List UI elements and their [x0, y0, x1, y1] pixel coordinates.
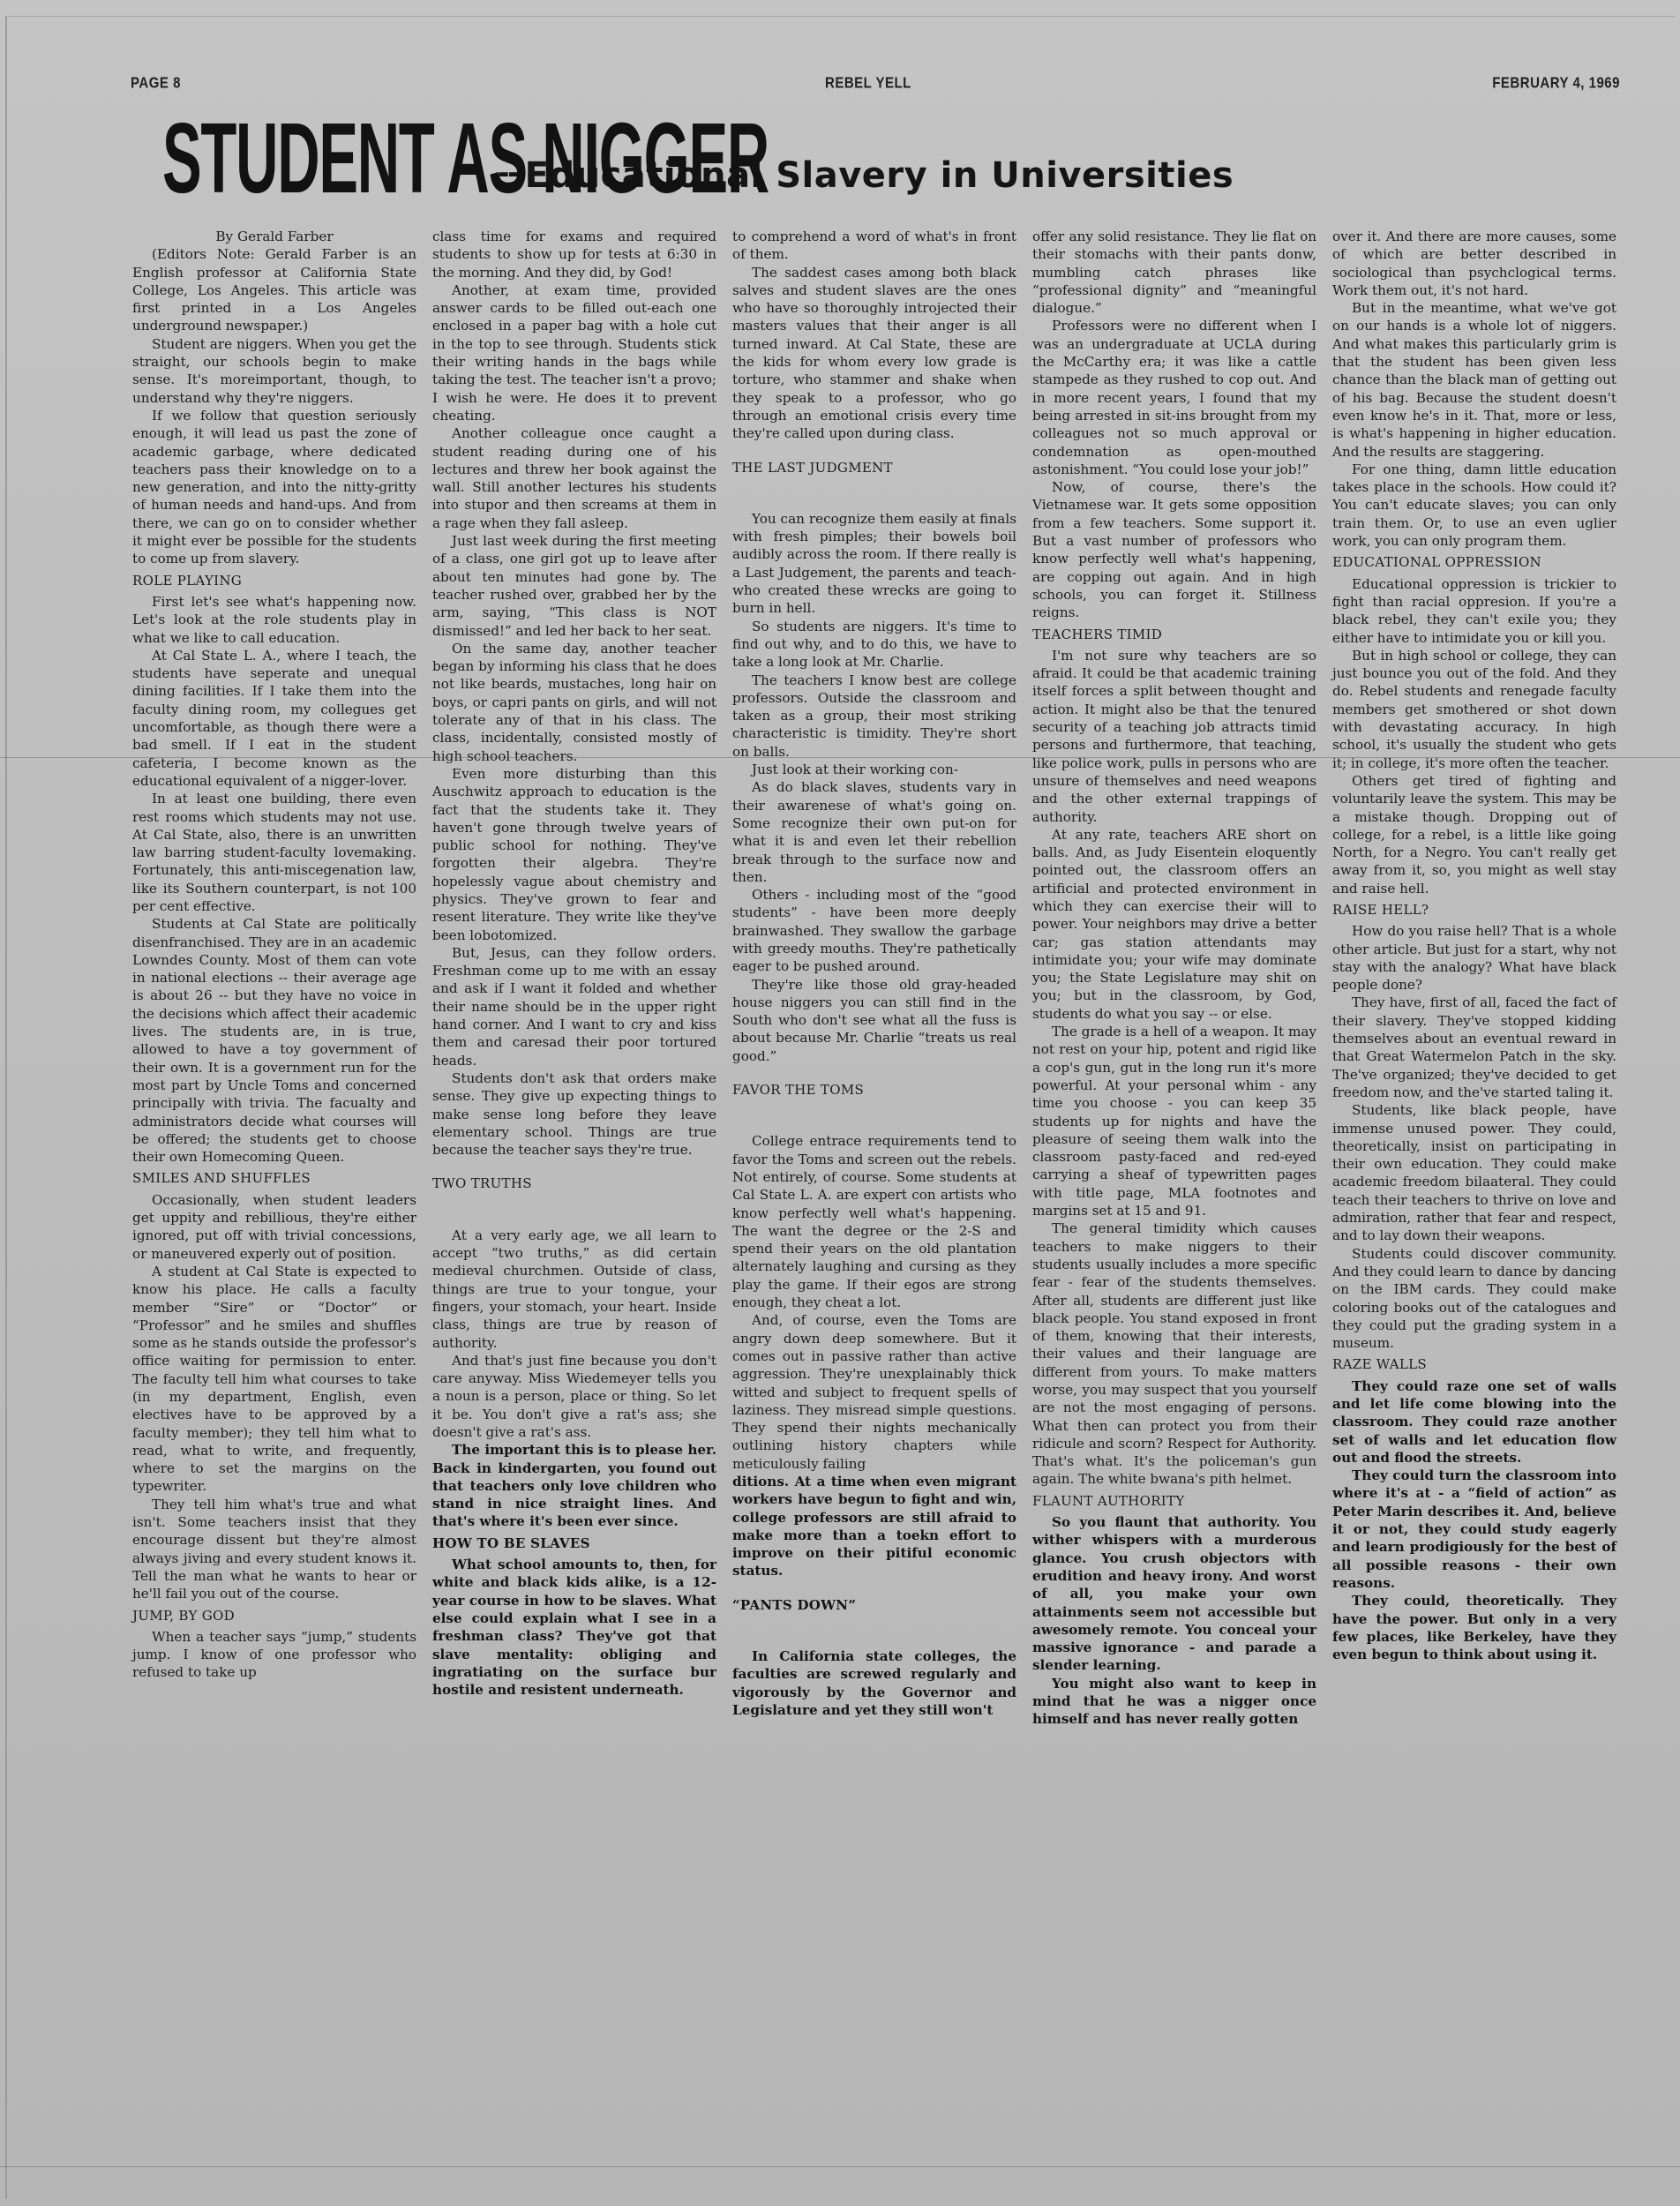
paragraph: But in the meantime, what we've got on o…: [1332, 299, 1616, 461]
section-subhead: SMILES AND SHUFFLES: [132, 1169, 416, 1187]
section-subhead: FAVOR THE TOMS: [732, 1081, 1016, 1099]
paragraph: But, Jesus, can they follow orders. Fres…: [432, 944, 716, 1069]
paragraph: They could turn the classroom into where…: [1332, 1467, 1616, 1592]
article-column-2: class time for exams and required studen…: [432, 228, 716, 1729]
headline: STUDENT AS NIGGER -- Educational Slavery…: [162, 113, 1234, 208]
section-subhead: RAISE HELL?: [1332, 901, 1616, 919]
paragraph: On the same day, another teacher began b…: [432, 640, 716, 765]
paragraph: As do black slaves, students vary in the…: [732, 778, 1016, 886]
paragraph: The important this is to please her. Bac…: [432, 1441, 716, 1530]
article-column-1: By Gerald Farber(Editors Note: Gerald Fa…: [132, 228, 416, 1729]
paragraph: First let's see what's happening now. Le…: [132, 593, 416, 647]
paragraph: The saddest cases among both black salve…: [732, 264, 1016, 443]
paragraph: At any rate, teachers ARE short on balls…: [1032, 826, 1316, 1023]
paragraph: Students at Cal State are politically di…: [132, 915, 416, 1166]
issue-date: FEBRUARY 4, 1969: [1492, 75, 1620, 93]
paragraph-continued: ditions. At a time when even migrant wor…: [732, 1473, 1016, 1580]
headline-main: STUDENT AS NIGGER: [162, 109, 535, 208]
section-subhead: FLAUNT AUTHORITY: [1032, 1492, 1316, 1510]
newspaper-page: PAGE 8 REBEL YELL FEBRUARY 4, 1969 STUDE…: [0, 0, 1680, 2206]
paragraph-continued: class time for exams and required studen…: [432, 228, 716, 281]
paragraph: If we follow that question seriously eno…: [132, 407, 416, 568]
section-subhead: TWO TRUTHS: [432, 1174, 716, 1192]
paragraph: Educational oppression is trickier to fi…: [1332, 575, 1616, 647]
paragraph: At Cal State L. A., where I teach, the s…: [132, 647, 416, 790]
paragraph: In at least one building, there even res…: [132, 790, 416, 915]
section-subhead: THE LAST JUDGMENT: [732, 459, 1016, 476]
section-subhead: JUMP, BY GOD: [132, 1607, 416, 1624]
paragraph: Students, like black people, have immens…: [1332, 1101, 1616, 1244]
paragraph: You might also want to keep in mind that…: [1032, 1675, 1316, 1729]
page-number: PAGE 8: [131, 75, 181, 93]
section-subhead: ROLE PLAYING: [132, 572, 416, 589]
paragraph: Others get tired of fighting and volunta…: [1332, 772, 1616, 897]
section-subhead: TEACHERS TIMID: [1032, 626, 1316, 643]
scan-artifact-line: [0, 757, 1680, 758]
byline: By Gerald Farber: [132, 228, 416, 245]
paragraph: Occasionally, when student leaders get u…: [132, 1191, 416, 1263]
paragraph: Professors were no different when I was …: [1032, 317, 1316, 478]
paragraph: For one thing, damn little education tak…: [1332, 461, 1616, 550]
paragraph: Others - including most of the “good stu…: [732, 886, 1016, 975]
paragraph: How do you raise hell? That is a whole o…: [1332, 922, 1616, 994]
paragraph: And that's just fine because you don't c…: [432, 1352, 716, 1441]
paragraph: The teachers I know best are college pro…: [732, 672, 1016, 761]
article-column-5: over it. And there are more causes, some…: [1332, 228, 1616, 1729]
paragraph: When a teacher says “jump,” students jum…: [132, 1628, 416, 1682]
paragraph: They have, first of all, faced the fact …: [1332, 994, 1616, 1101]
paragraph: But in high school or college, they can …: [1332, 647, 1616, 772]
section-subhead: HOW TO BE SLAVES: [432, 1534, 716, 1552]
paragraph: They could, theoretically. They have the…: [1332, 1592, 1616, 1663]
paragraph-continued: to comprehend a word of what's in front …: [732, 228, 1016, 264]
paragraph-continued: over it. And there are more causes, some…: [1332, 228, 1616, 299]
paragraph: College entrace requirements tend to fav…: [732, 1132, 1016, 1311]
paragraph: Students don't ask that orders make sens…: [432, 1069, 716, 1159]
paragraph: So you flaunt that authority. You wither…: [1032, 1513, 1316, 1675]
section-subhead: EDUCATIONAL OPPRESSION: [1332, 553, 1616, 571]
paragraph: They tell him what's true and what isn't…: [132, 1496, 416, 1603]
paper-name: REBEL YELL: [825, 75, 911, 93]
section-subhead: RAZE WALLS: [1332, 1355, 1616, 1373]
paragraph: They're like those old gray-headed house…: [732, 976, 1016, 1065]
paragraph: Students could discover community. And t…: [1332, 1245, 1616, 1353]
paragraph: You can recognize them easily at finals …: [732, 510, 1016, 618]
article-body: By Gerald Farber(Editors Note: Gerald Fa…: [132, 228, 1624, 1729]
paragraph: Now, of course, there's the Vietnamese w…: [1032, 478, 1316, 621]
paragraph: So students are niggers. It's time to fi…: [732, 618, 1016, 672]
article-column-4: offer any solid resistance. They lie fla…: [1032, 228, 1316, 1729]
paragraph: The general timidity which causes teache…: [1032, 1219, 1316, 1488]
paragraph: They could raze one set of walls and let…: [1332, 1377, 1616, 1467]
paragraph: The grade is a hell of a weapon. It may …: [1032, 1023, 1316, 1219]
paragraph: Another colleague once caught a student …: [432, 424, 716, 532]
article-column-3: to comprehend a word of what's in front …: [732, 228, 1016, 1729]
paragraph: Just look at their working con-: [732, 761, 1016, 778]
paragraph-continued: offer any solid resistance. They lie fla…: [1032, 228, 1316, 317]
paragraph: Student are niggers. When you get the st…: [132, 335, 416, 407]
paragraph: In California state colleges, the facult…: [732, 1647, 1016, 1719]
paragraph: Another, at exam time, provided answer c…: [432, 281, 716, 424]
section-subhead: “PANTS DOWN”: [732, 1596, 1016, 1614]
scan-artifact-line: [0, 2166, 1680, 2167]
paragraph: Just last week during the first meeting …: [432, 532, 716, 640]
paragraph: I'm not sure why teachers are so afraid.…: [1032, 647, 1316, 826]
paragraph: (Editors Note: Gerald Farber is an Engli…: [132, 245, 416, 334]
paragraph: What school amounts to, then, for white …: [432, 1556, 716, 1699]
paragraph: At a very early age, we all learn to acc…: [432, 1227, 716, 1352]
paragraph: A student at Cal State is expected to kn…: [132, 1263, 416, 1496]
paragraph: Even more disturbing than this Auschwitz…: [432, 765, 716, 944]
paragraph: And, of course, even the Toms are angry …: [732, 1311, 1016, 1473]
